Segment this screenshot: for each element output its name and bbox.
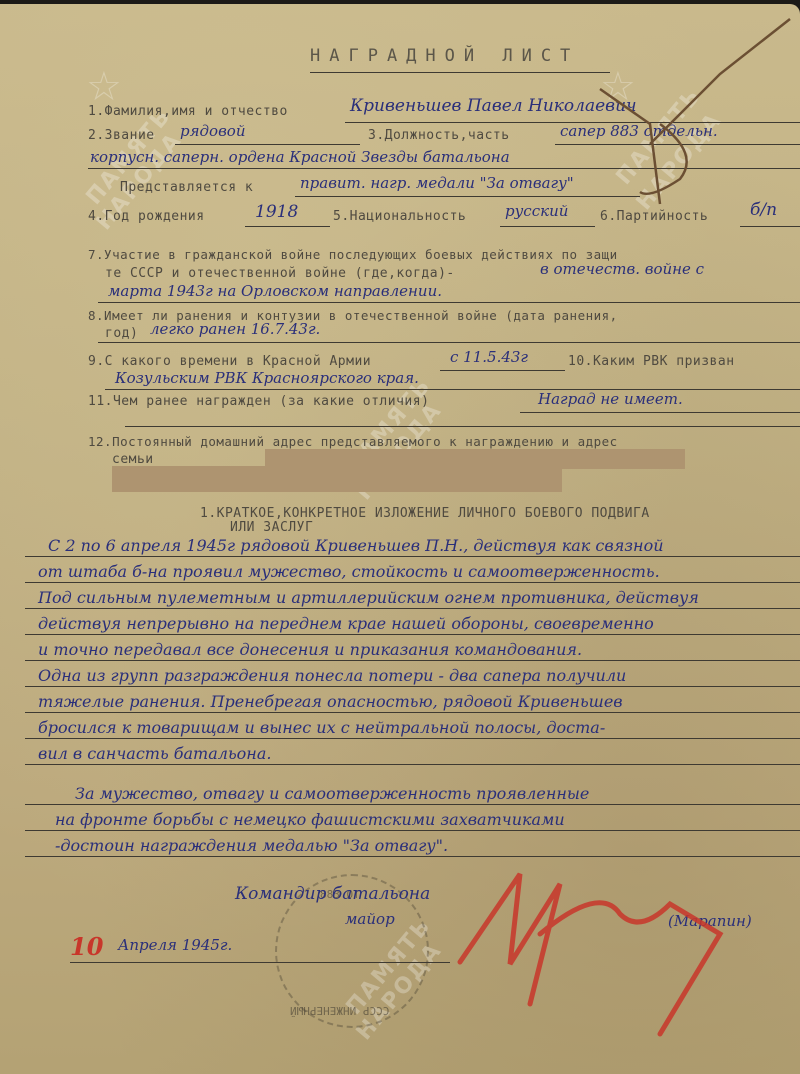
archive-number-15-mark	[600, 19, 790, 204]
narrative-line: вил в санчасть батальона.	[38, 744, 271, 763]
ruled-line	[25, 738, 800, 739]
conclusion-line: -достоин награждения медалью "За отвагу"…	[55, 836, 448, 855]
red-signature	[460, 874, 720, 1034]
ruled-line	[25, 556, 800, 557]
narrative-line: от штаба б-на проявил мужество, стойкост…	[38, 562, 660, 581]
ruled-line	[25, 608, 800, 609]
conclusion-line: на фронте борьбы с немецко фашистскими з…	[55, 810, 565, 829]
conclusion-line: За мужество, отвагу и самоотверженность …	[75, 784, 589, 803]
award-sheet: ☆ ПАМЯТЬ НАРОДА ☆ ПАМЯТЬ НАРОДА ПАМЯТЬ Н…	[0, 4, 800, 1074]
narrative-line: действуя непрерывно на переднем крае наш…	[38, 614, 654, 633]
ruled-line	[25, 660, 800, 661]
ruled-line	[25, 634, 800, 635]
narrative-line: Одна из групп разграждения понесла потер…	[38, 666, 626, 685]
narrative-line: С 2 по 6 апреля 1945г рядовой Кривеньшев…	[48, 536, 664, 555]
ruled-line	[25, 804, 800, 805]
ruled-line	[25, 764, 800, 765]
narrative-line: Под сильным пулеметным и артиллерийским …	[38, 588, 699, 607]
ruled-line	[25, 856, 800, 857]
ruled-line	[25, 582, 800, 583]
narrative-line: бросился к товарищам и вынес их с нейтра…	[38, 718, 605, 737]
ruled-line	[25, 712, 800, 713]
narrative-line: и точно передавал все донесения и приказ…	[38, 640, 582, 659]
ruled-line	[25, 686, 800, 687]
ruled-line	[25, 830, 800, 831]
narrative-line: тяжелые ранения. Пренебрегая опасностью,…	[38, 692, 623, 711]
